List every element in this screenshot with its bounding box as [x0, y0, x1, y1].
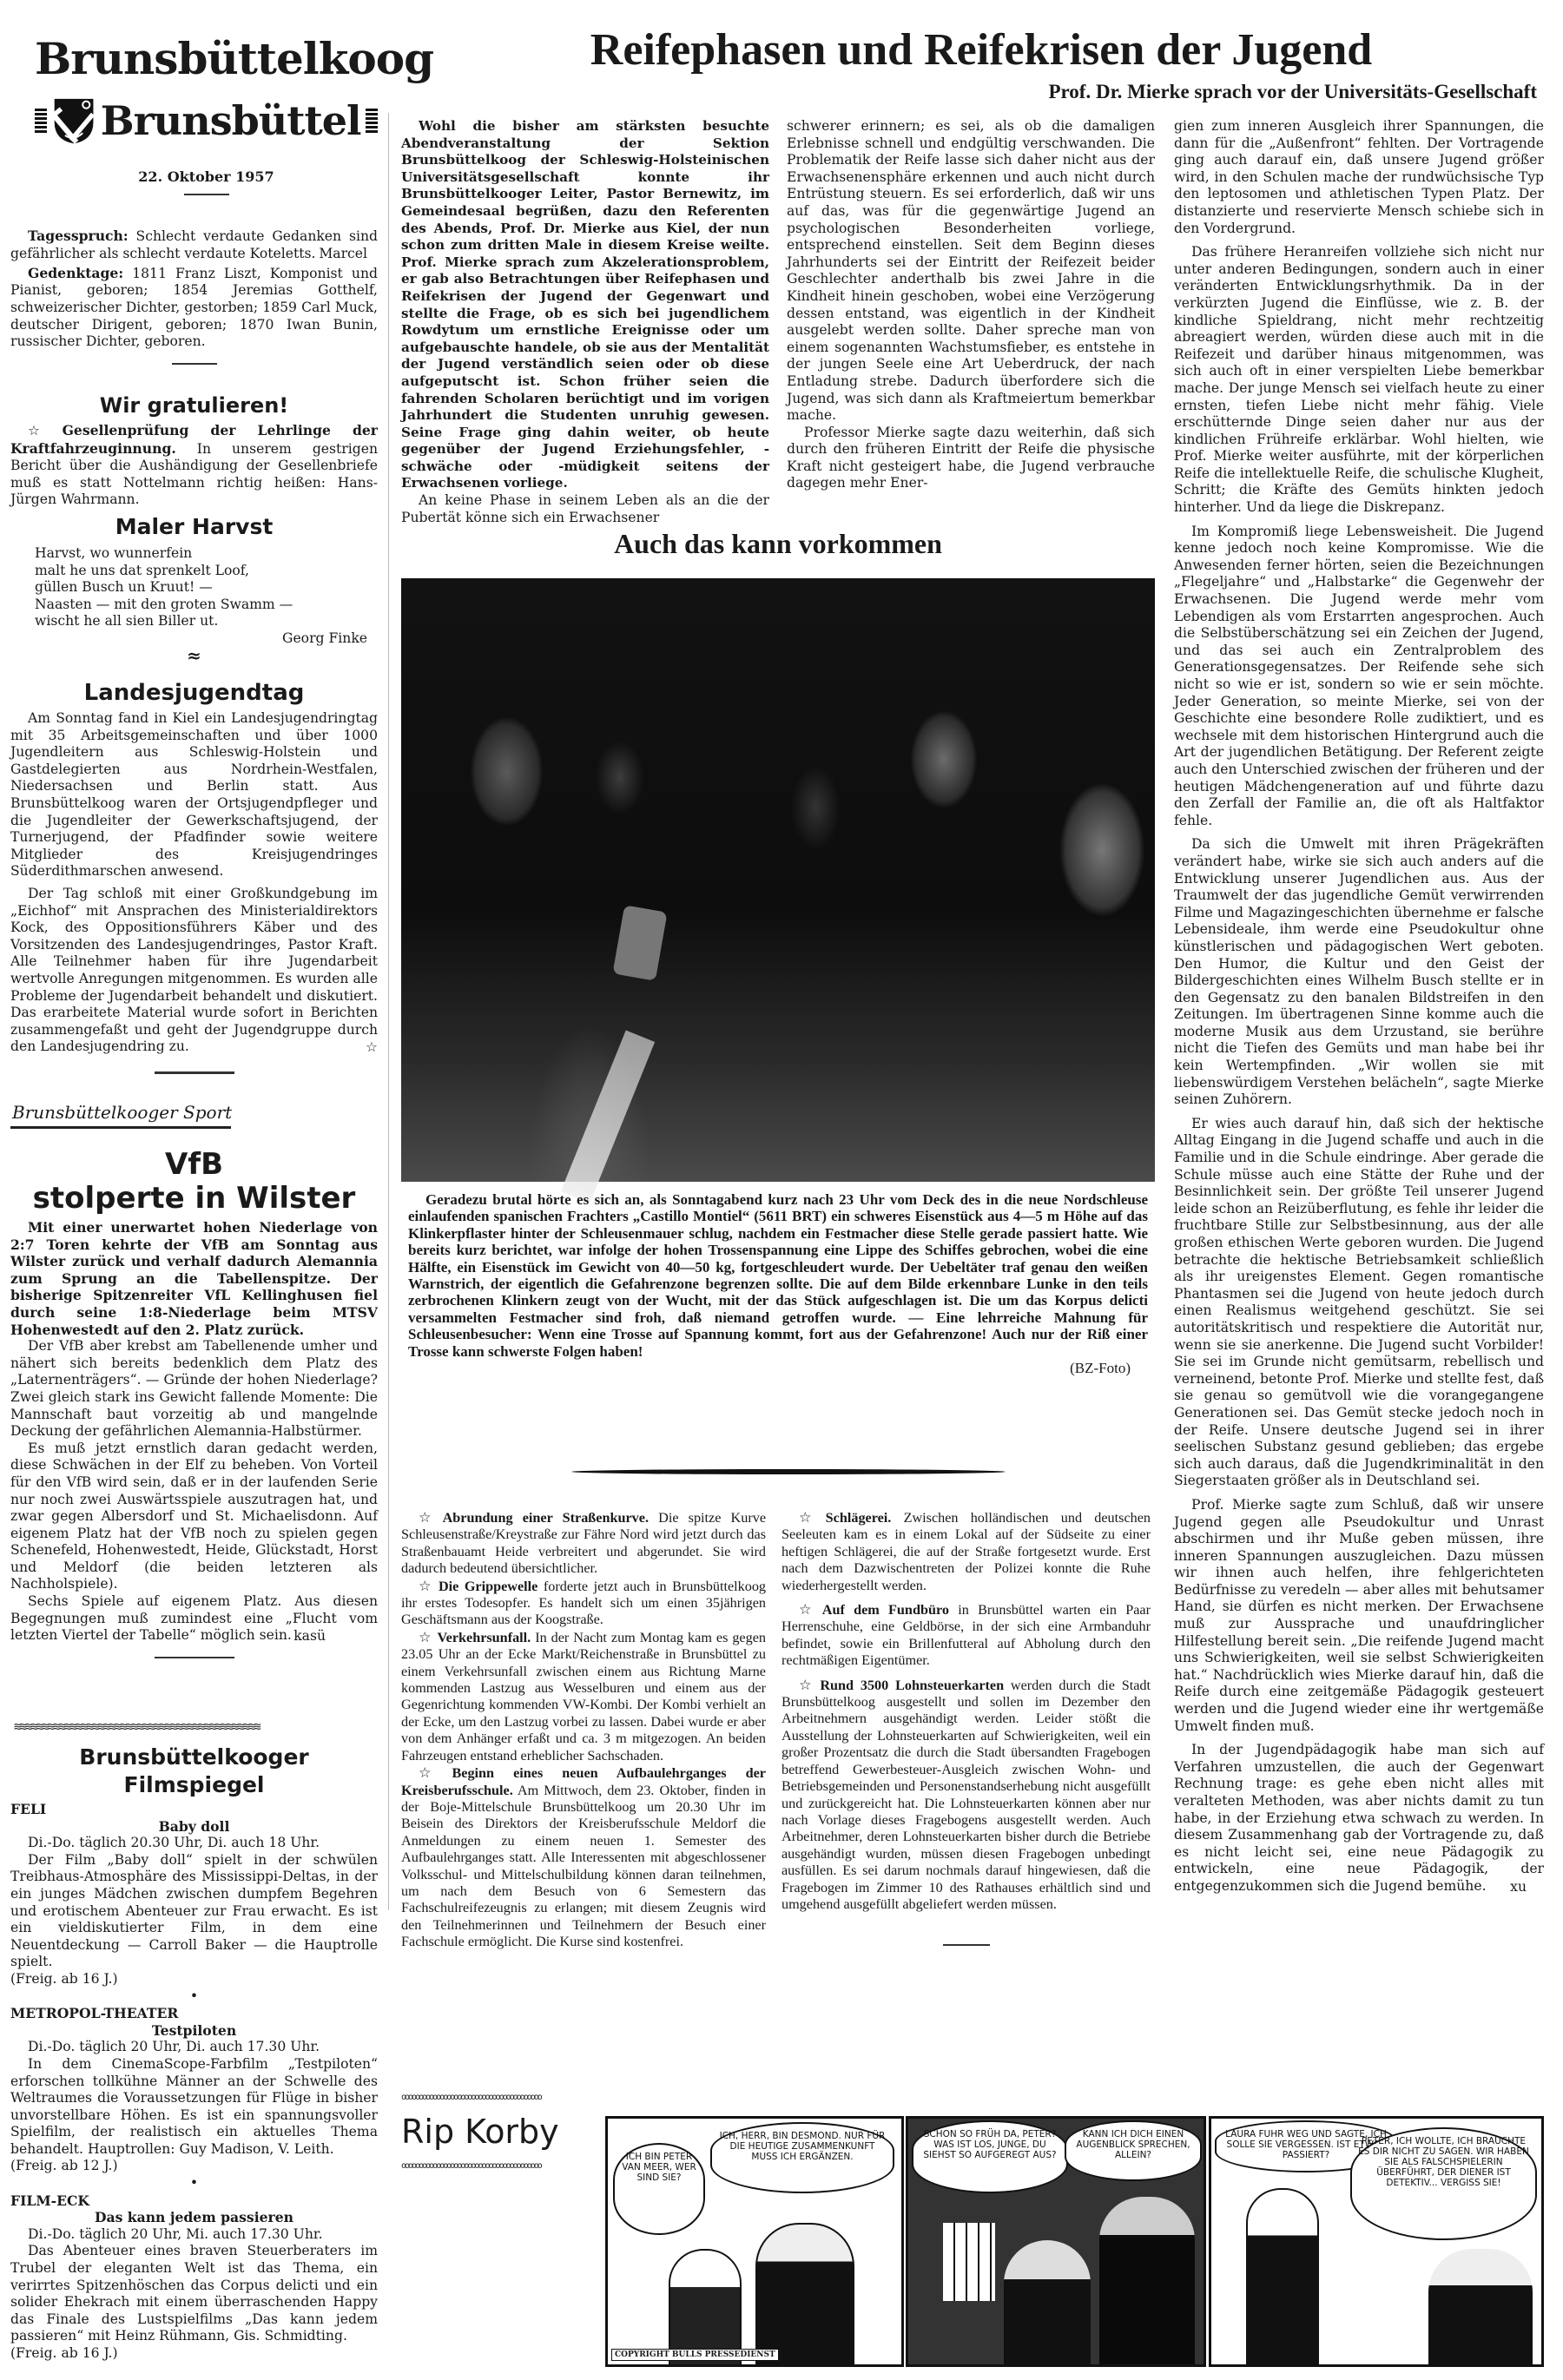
- iron-piece: [612, 905, 667, 980]
- speech-balloon: Kann ich dich einen Augenblick sprechen,…: [1065, 2120, 1202, 2181]
- bullet-separator: •: [10, 2175, 378, 2192]
- masthead: Brunsbüttelkoog Brunsbüttel 22. Oktober …: [35, 35, 378, 195]
- main-article-lead: Wohl die bisher am stärksten besuchte Ab…: [401, 118, 769, 492]
- news-lead: Die Grippewelle: [439, 1579, 537, 1594]
- sport-paragraph: Es muß jetzt ernstlich daran gedacht wer…: [10, 1441, 378, 1593]
- main-article-text: Im Kompromiß liege Lebensweisheit. Die J…: [1174, 524, 1544, 830]
- comic-panel-1: Ich bin Peter van Meer, wer sind Sie? Ic…: [605, 2116, 904, 2367]
- film-rating: (Freig. ab 16 J.): [10, 2345, 378, 2363]
- figure-man: [1428, 2249, 1533, 2367]
- photo-caption: Geradezu brutal hörte es sich an, als So…: [408, 1191, 1148, 1376]
- gratulieren-section: Wir gratulieren! ☆Gesellenprüfung der Le…: [10, 392, 378, 509]
- comic-copyright: COPYRIGHT BULLS PRESSEDIENST: [611, 2349, 779, 2361]
- bullet-separator: •: [10, 1988, 378, 2006]
- speech-balloon: Ich bin Peter van Meer, wer sind Sie?: [613, 2143, 705, 2235]
- landesjugendtag-title: Landesjugendtag: [10, 679, 378, 707]
- gratulieren-title: Wir gratulieren!: [10, 392, 378, 419]
- main-article-text: In der Jugendpädagogik habe man sich auf…: [1174, 1742, 1544, 1895]
- poem-line: Harvst, wo wunnerfein: [35, 545, 378, 563]
- masthead-town-1: Brunsbüttelkoog: [35, 35, 378, 83]
- main-subheadline: Prof. Dr. Mierke sprach vor der Universi…: [408, 80, 1537, 104]
- comic-title-block: oooooooooooooooooooooooooooooooooooooooo…: [401, 2093, 601, 2171]
- tagesspruch-label: Tagesspruch:: [28, 227, 129, 244]
- sport-label-underline: [10, 1126, 231, 1129]
- gedenktage-label: Gedenktage:: [28, 265, 123, 281]
- cinema-name-metropol: METROPOL-THEATER: [10, 2005, 378, 2022]
- film-description: In dem CinemaScope-Farbfilm „Testpiloten…: [10, 2056, 378, 2159]
- landesjugendtag-paragraph: Am Sonntag fand in Kiel ein Landesjugend…: [10, 710, 378, 880]
- main-article-text: Professor Mierke sagte dazu weiterhin, d…: [787, 425, 1155, 492]
- main-article-text: Da sich die Umwelt mit ihren Prägekräfte…: [1174, 836, 1544, 1109]
- local-news-col-right: ☆Schlägerei. Zwischen holländischen und …: [781, 1509, 1151, 1946]
- filmspiegel-section: Brunsbüttelkooger Filmspiegel FELI Baby …: [10, 1744, 378, 2363]
- film-rating: (Freig. ab 12 J.): [10, 2158, 378, 2175]
- tapered-rule: [571, 1469, 1006, 1474]
- poem-line: güllen Busch un Kruut! —: [35, 579, 378, 597]
- news-text: werden durch die Stadt Brunsbüttelkoog a…: [781, 1678, 1151, 1912]
- film-times: Di.-Do. täglich 20 Uhr, Di. auch 17.30 U…: [10, 2039, 378, 2056]
- divider: [155, 1657, 234, 1658]
- star-icon: ☆: [799, 1601, 817, 1618]
- film-title: Testpiloten: [10, 2022, 378, 2040]
- film-description: Der Film „Baby doll“ spielt in der schwü…: [10, 1852, 378, 1971]
- tagesspruch: Tagesspruch: Schlecht verdaute Gedanken …: [10, 227, 378, 365]
- figure-peter: [1099, 2197, 1195, 2367]
- issue-date: 22. Oktober 1957: [35, 168, 378, 185]
- sport-title-2: stolperte in Wilster: [10, 1181, 378, 1216]
- poem-author: Georg Finke: [35, 630, 378, 648]
- main-article-text: Er wies auch darauf hin, daß sich der he…: [1174, 1116, 1544, 1490]
- news-lead: Auf dem Fundbüro: [822, 1602, 949, 1618]
- speech-balloon: Peter, ich wollte, ich brauchte es dir n…: [1350, 2127, 1537, 2240]
- divider: [172, 363, 217, 365]
- news-photo: [401, 578, 1155, 1182]
- braid-ornament-divider: ≋≋≋≋≋≋≋≋≋≋≋≋≋≋≋≋≋≋≋≋≋≋≋≋≋≋≋≋≋≋≋≋≋≋≋≋≋≋≋≋…: [14, 1721, 379, 1733]
- sport-lead: Mit einer unerwartet hohen Niederlage vo…: [10, 1219, 378, 1338]
- photo-headline: Auch das kann vorkommen: [401, 526, 1155, 561]
- main-article-text: An keine Phase in seinem Leben als an di…: [401, 492, 769, 526]
- figure-desmond: [755, 2223, 854, 2367]
- main-article-col-3: gien zum inneren Ausgleich ihrer Spannun…: [1174, 118, 1544, 1895]
- white-warning-stripe: [561, 1031, 655, 1203]
- poem-section: Maler Harvst Harvst, wo wunnerfein malt …: [10, 514, 378, 663]
- comic-ornament-bottom: oooooooooooooooooooooooooooooooooooooooo: [401, 2161, 601, 2171]
- divider: [943, 1944, 990, 1946]
- photo-credit: (BZ-Foto): [408, 1360, 1148, 1376]
- film-title: Baby doll: [10, 1818, 378, 1836]
- main-article-col-1: Wohl die bisher am stärksten besuchte Ab…: [401, 118, 769, 526]
- star-icon: ☆: [28, 423, 57, 438]
- news-lead: Verkehrsunfall.: [437, 1630, 531, 1645]
- star-icon: ☆: [799, 1677, 814, 1693]
- coat-of-arms-icon: [52, 85, 96, 156]
- banner-ribbon-left-icon: [35, 109, 47, 133]
- star-icon: ☆: [419, 1578, 433, 1594]
- star-icon: ☆: [799, 1509, 821, 1526]
- banner-ribbon-right-icon: [366, 109, 378, 133]
- photo-caption-text: Geradezu brutal hörte es sich an, als So…: [408, 1191, 1148, 1360]
- figure-peter: [1246, 2188, 1319, 2367]
- speech-balloon: Schon so früh da, Peter? Was ist los, Ju…: [912, 2120, 1068, 2193]
- landesjugendtag-paragraph: Der Tag schloß mit einer Großkundgebung …: [10, 886, 378, 1056]
- sport-paragraph: Der VfB aber krebst am Tabellenende umhe…: [10, 1338, 378, 1441]
- main-article-text: Das frühere Heranreifen vollziehe sich n…: [1174, 244, 1544, 517]
- film-times: Di.-Do. täglich 20 Uhr, Mi. auch 17.30 U…: [10, 2226, 378, 2244]
- sport-section-label: Brunsbüttelkooger Sport: [10, 1101, 378, 1124]
- cinema-name-feli: FELI: [10, 1801, 378, 1818]
- window: [943, 2223, 995, 2301]
- poem-line: malt he uns dat sprenkelt Loof,: [35, 563, 378, 580]
- sport-title-1: VfB: [10, 1148, 378, 1181]
- film-description: Das Abenteuer eines braven Steuerberater…: [10, 2243, 378, 2345]
- comic-panel-2: Schon so früh da, Peter? Was ist los, Ju…: [906, 2116, 1206, 2367]
- speech-balloon: Ich, Herr, bin Desmond. Nur für die heut…: [710, 2122, 894, 2193]
- film-times: Di.-Do. täglich 20.30 Uhr, Di. auch 18 U…: [10, 1835, 378, 1852]
- poem-line: wischt he all sien Biller ut.: [35, 613, 378, 630]
- local-news-col-left: ☆Abrundung einer Straßenkurve. Die spitz…: [401, 1509, 766, 1951]
- sport-section: Brunsbüttelkooger Sport VfB stolperte in…: [10, 1101, 378, 1658]
- poem-title: Maler Harvst: [10, 514, 378, 540]
- cinema-name-film-eck: FILM-ECK: [10, 2192, 378, 2210]
- poem-line: Naasten — mit den groten Swamm —: [35, 597, 378, 614]
- main-article-col-2: schwerer erinnern; es sei, als ob die da…: [787, 118, 1155, 492]
- wave-ornament-icon: ≈: [10, 648, 378, 663]
- masthead-town-2: Brunsbüttel: [101, 98, 361, 143]
- news-text: Am Mittwoch, dem 23. Oktober, finden in …: [401, 1783, 766, 1950]
- comic-panel-3: Laura fuhr weg und sagte, ich solle sie …: [1209, 2116, 1544, 2367]
- film-title: Das kann jedem passieren: [10, 2209, 378, 2226]
- news-lead: Abrundung einer Straßenkurve.: [443, 1510, 649, 1526]
- column-rule: [388, 113, 389, 1910]
- star-icon: ☆: [419, 1764, 446, 1781]
- main-article-text: Prof. Mierke sagte zum Schluß, daß wir u…: [1174, 1497, 1544, 1735]
- main-headline: Reifephasen und Reifekrisen der Jugend: [408, 24, 1554, 76]
- divider: [184, 194, 229, 195]
- star-icon: ☆: [419, 1629, 432, 1645]
- news-lead: Schlägerei.: [826, 1510, 892, 1526]
- filmspiegel-title: Brunsbüttelkooger Filmspiegel: [10, 1744, 378, 1799]
- figure-woman: [1004, 2240, 1091, 2367]
- comic-ornament-top: oooooooooooooooooooooooooooooooooooooooo: [401, 2093, 601, 2102]
- news-text: In der Nacht zum Montag kam es gegen 23.…: [401, 1630, 766, 1764]
- news-lead: Rund 3500 Lohnsteuerkarten: [820, 1678, 1004, 1693]
- film-rating: (Freig. ab 16 J.): [10, 1971, 378, 1988]
- main-article-text: gien zum inneren Ausgleich ihrer Spannun…: [1174, 118, 1544, 237]
- main-article-text: schwerer erinnern; es sei, als ob die da…: [787, 118, 1155, 425]
- landesjugendtag-section: Landesjugendtag Am Sonntag fand in Kiel …: [10, 679, 378, 1074]
- divider: [155, 1071, 234, 1074]
- star-icon: ☆: [419, 1509, 438, 1526]
- comic-title: Rip Korby: [401, 2109, 601, 2154]
